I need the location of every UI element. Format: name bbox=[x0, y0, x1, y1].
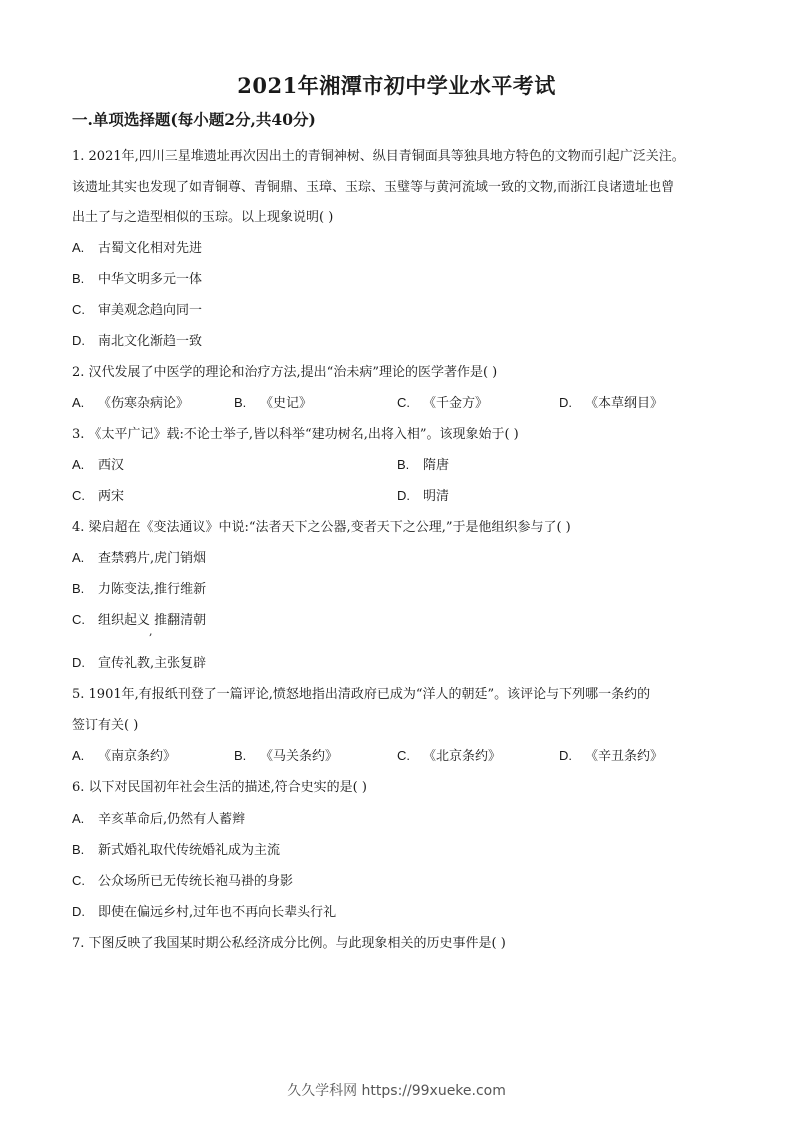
option-label: A. bbox=[72, 811, 98, 826]
option-text: 新式婚礼取代传统婚礼成为主流 bbox=[98, 843, 280, 858]
option-label: C. bbox=[397, 748, 423, 763]
option-label: D. bbox=[72, 655, 98, 670]
option-text: 《伤寒杂病论》 bbox=[98, 396, 189, 411]
option-text: 明清 bbox=[423, 489, 449, 504]
q2-option-c: C.《千金方》 bbox=[397, 392, 488, 411]
q5-stem-line-2: 签订有关( ) bbox=[72, 714, 138, 733]
option-label: B. bbox=[72, 842, 98, 857]
option-label: B. bbox=[397, 457, 423, 472]
option-label: D. bbox=[397, 488, 423, 503]
option-label: B. bbox=[234, 395, 260, 410]
option-text: 查禁鸦片,虎门销烟 bbox=[98, 551, 206, 566]
q5-option-d: D.《辛丑条约》 bbox=[559, 745, 663, 764]
option-text: 审美观念趋向同一 bbox=[98, 303, 202, 318]
q2-option-b: B.《史记》 bbox=[234, 392, 312, 411]
q2-option-d: D.《本草纲目》 bbox=[559, 392, 663, 411]
option-label: C. bbox=[72, 612, 98, 627]
option-text: 隋唐 bbox=[423, 458, 449, 473]
q5-option-a: A.《南京条约》 bbox=[72, 745, 176, 764]
option-label: D. bbox=[72, 333, 98, 348]
option-text: 《北京条约》 bbox=[423, 749, 501, 764]
q1-stem-line-1: 1. 2021年,四川三星堆遗址再次因出土的青铜神树、纵目青铜面具等独具地方特色… bbox=[72, 145, 685, 164]
option-text: 《本草纲目》 bbox=[585, 396, 663, 411]
q5-option-b: B.《马关条约》 bbox=[234, 745, 338, 764]
option-text: 南北文化渐趋一致 bbox=[98, 334, 202, 349]
stray-comma-mark: , bbox=[149, 625, 153, 638]
q3-stem: 3. 《太平广记》载:不论士举子,皆以科举“建功树名,出将入相”。该现象始于( … bbox=[72, 423, 519, 442]
q1-option-d: D.南北文化渐趋一致 bbox=[72, 330, 202, 349]
option-text: 《南京条约》 bbox=[98, 749, 176, 764]
option-text: 即使在偏远乡村,过年也不再向长辈头行礼 bbox=[98, 905, 336, 920]
q3-option-b: B.隋唐 bbox=[397, 454, 449, 473]
q6-stem: 6. 以下对民国初年社会生活的描述,符合史实的是( ) bbox=[72, 776, 367, 795]
q3-option-d: D.明清 bbox=[397, 485, 449, 504]
option-label: B. bbox=[234, 748, 260, 763]
option-label: B. bbox=[72, 581, 98, 596]
section-heading: 一.单项选择题(每小题2分,共40分) bbox=[72, 108, 316, 130]
q6-option-a: A.辛亥革命后,仍然有人蓄辫 bbox=[72, 808, 245, 827]
option-label: D. bbox=[72, 904, 98, 919]
q4-option-d: D.宣传礼教,主张复辟 bbox=[72, 652, 206, 671]
q4-option-c: C.组织起义 推翻清朝 bbox=[72, 609, 206, 628]
q6-option-c: C.公众场所已无传统长袍马褂的身影 bbox=[72, 870, 293, 889]
option-text: 宣传礼教,主张复辟 bbox=[98, 656, 206, 671]
option-text: 中华文明多元一体 bbox=[98, 272, 202, 287]
q5-option-c: C.《北京条约》 bbox=[397, 745, 501, 764]
q4-stem: 4. 梁启超在《变法通议》中说:“法者天下之公器,变者天下之公理,”于是他组织参… bbox=[72, 516, 571, 535]
option-label: C. bbox=[72, 873, 98, 888]
q3-option-a: A.西汉 bbox=[72, 454, 124, 473]
option-text: 公众场所已无传统长袍马褂的身影 bbox=[98, 874, 293, 889]
q5-stem-line-1: 5. 1901年,有报纸刊登了一篇评论,愤怒地指出清政府已成为“洋人的朝廷”。该… bbox=[72, 683, 650, 702]
q7-stem: 7. 下图反映了我国某时期公私经济成分比例。与此现象相关的历史事件是( ) bbox=[72, 932, 506, 951]
q6-option-d: D.即使在偏远乡村,过年也不再向长辈头行礼 bbox=[72, 901, 336, 920]
option-text: 力陈变法,推行维新 bbox=[98, 582, 206, 597]
option-text: 两宋 bbox=[98, 489, 124, 504]
option-label: D. bbox=[559, 395, 585, 410]
q1-stem-line-2: 该遗址其实也发现了如青铜尊、青铜鼎、玉璋、玉琮、玉璧等与黄河流域一致的文物,而浙… bbox=[72, 176, 674, 195]
option-text: 《千金方》 bbox=[423, 396, 488, 411]
option-label: A. bbox=[72, 457, 98, 472]
q1-option-a: A.古蜀文化相对先进 bbox=[72, 237, 202, 256]
option-label: A. bbox=[72, 748, 98, 763]
option-text: 《马关条约》 bbox=[260, 749, 338, 764]
option-label: A. bbox=[72, 395, 98, 410]
option-text: 辛亥革命后,仍然有人蓄辫 bbox=[98, 812, 245, 827]
option-label: D. bbox=[559, 748, 585, 763]
option-label: A. bbox=[72, 240, 98, 255]
q6-option-b: B.新式婚礼取代传统婚礼成为主流 bbox=[72, 839, 280, 858]
exam-title: 2021年湘潭市初中学业水平考试 bbox=[0, 70, 793, 100]
q1-option-c: C.审美观念趋向同一 bbox=[72, 299, 202, 318]
option-label: A. bbox=[72, 550, 98, 565]
q1-stem-line-3: 出土了与之造型相似的玉琮。以上现象说明( ) bbox=[72, 206, 333, 225]
option-text: 《史记》 bbox=[260, 396, 312, 411]
option-text: 西汉 bbox=[98, 458, 124, 473]
q4-option-a: A.查禁鸦片,虎门销烟 bbox=[72, 547, 206, 566]
option-text: 古蜀文化相对先进 bbox=[98, 241, 202, 256]
q4-option-b: B.力陈变法,推行维新 bbox=[72, 578, 206, 597]
option-text: 《辛丑条约》 bbox=[585, 749, 663, 764]
option-label: C. bbox=[397, 395, 423, 410]
footer-watermark: 久久学科网 https://99xueke.com bbox=[0, 1080, 793, 1100]
option-label: C. bbox=[72, 488, 98, 503]
option-label: C. bbox=[72, 302, 98, 317]
q1-option-b: B.中华文明多元一体 bbox=[72, 268, 202, 287]
q3-option-c: C.两宋 bbox=[72, 485, 124, 504]
option-label: B. bbox=[72, 271, 98, 286]
q2-option-a: A.《伤寒杂病论》 bbox=[72, 392, 189, 411]
q2-stem: 2. 汉代发展了中医学的理论和治疗方法,提出“治未病”理论的医学著作是( ) bbox=[72, 361, 497, 380]
